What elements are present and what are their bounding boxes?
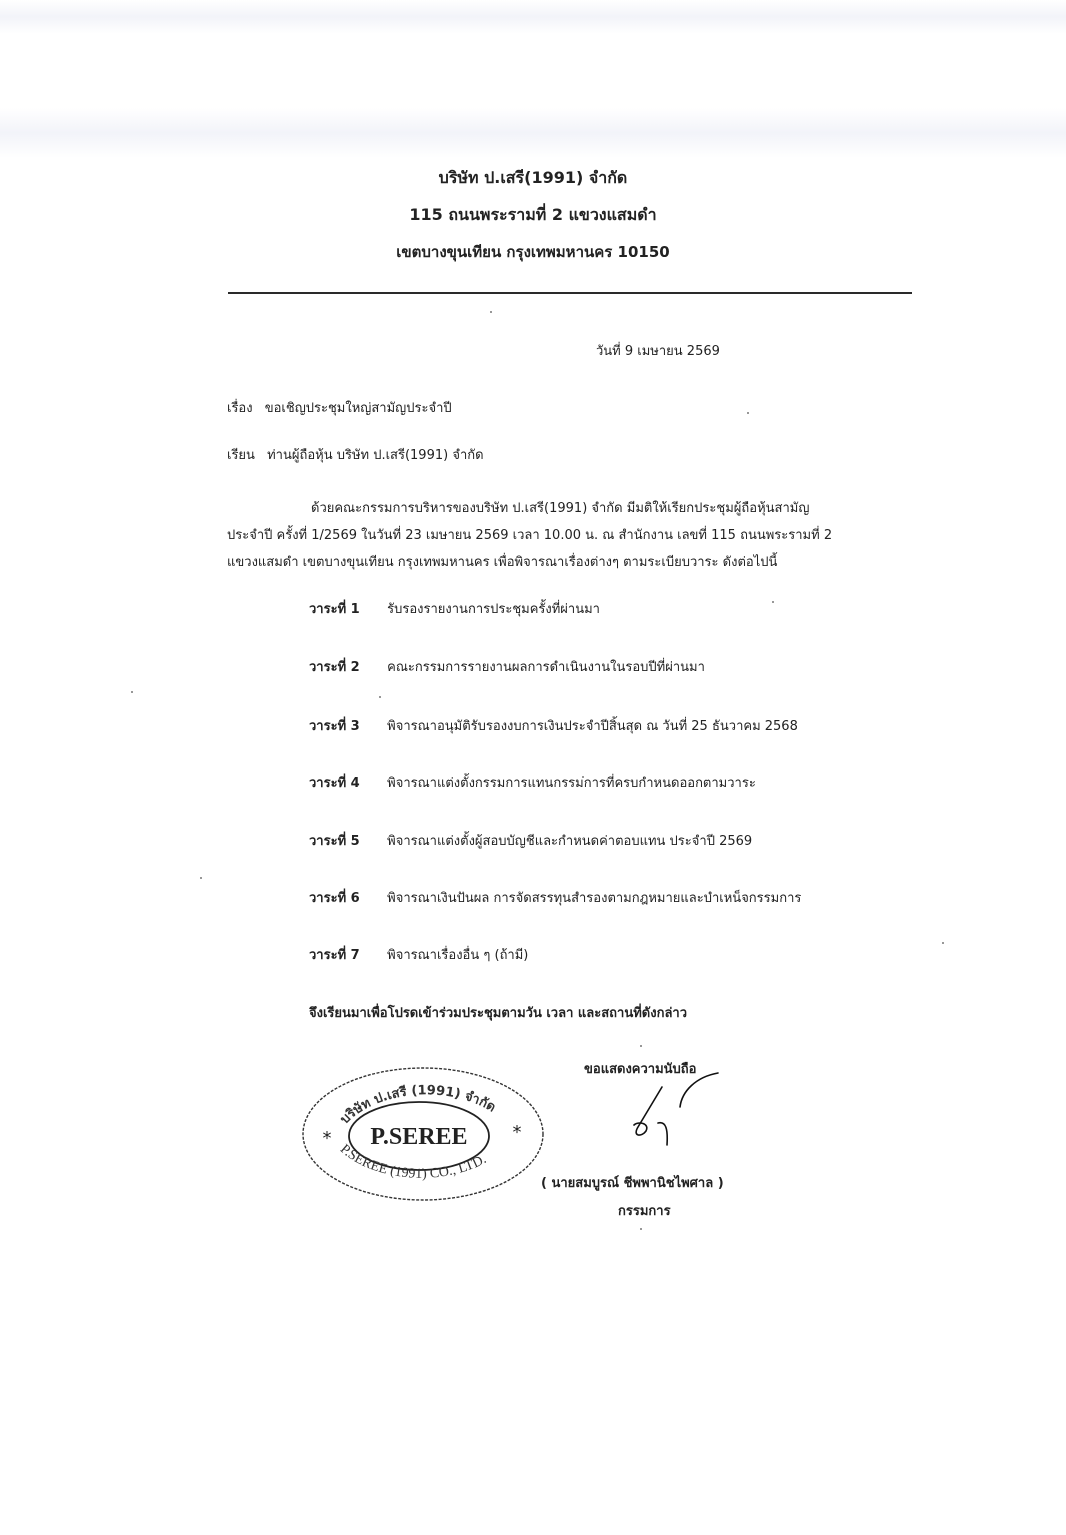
agenda-item: วาระที่ 7 พิจารณาเรื่องอื่น ๆ (ถ้ามี) xyxy=(309,944,528,965)
agenda-text: พิจารณาแต่งตั้งผู้สอบบัญชีและกำหนดค่าตอบ… xyxy=(387,834,752,849)
agenda-item: วาระที่ 5 พิจารณาแต่งตั้งผู้สอบบัญชีและก… xyxy=(309,830,752,851)
agenda-label: วาระที่ 1 xyxy=(309,598,383,619)
scan-speck xyxy=(942,942,944,944)
agenda-text: คณะกรรมการรายงานผลการดำเนินงานในรอบปีที่… xyxy=(387,660,705,675)
signer-title: กรรมการ xyxy=(618,1200,671,1221)
scan-artifact-band xyxy=(0,0,1066,34)
stamp-top-text: บริษัท ป.เสรี (1991) จำกัด xyxy=(338,1083,498,1127)
agenda-text: พิจารณาเรื่องอื่น ๆ (ถ้ามี) xyxy=(387,948,528,963)
agenda-label: วาระที่ 6 xyxy=(309,887,383,908)
subject-label: เรื่อง xyxy=(227,401,253,416)
scan-speck xyxy=(379,696,381,698)
stamp-star-left: * xyxy=(323,1128,332,1149)
subject-line: เรื่อง ขอเชิญประชุมใหญ่สามัญประจำปี xyxy=(227,397,452,418)
scan-speck xyxy=(582,776,584,778)
address-line-2: เขตบางขุนเทียน กรุงเทพมหานคร 10150 xyxy=(0,240,1066,264)
scan-speck xyxy=(640,1045,642,1047)
agenda-item: วาระที่ 2 คณะกรรมการรายงานผลการดำเนินงาน… xyxy=(309,656,705,677)
agenda-text: พิจารณาอนุมัติรับรองงบการเงินประจำปีสิ้น… xyxy=(387,719,798,734)
body-line-1: ด้วยคณะกรรมการบริหารของบริษัท ป.เสรี(199… xyxy=(227,497,917,518)
address-line-1: 115 ถนนพระรามที่ 2 แขวงแสมดำ xyxy=(0,203,1066,228)
letterhead-divider xyxy=(228,292,912,294)
scan-speck xyxy=(747,412,749,414)
agenda-item: วาระที่ 6 พิจารณาเงินปันผล การจัดสรรทุนส… xyxy=(309,887,801,908)
signature-icon xyxy=(620,1065,740,1155)
recipient-label: เรียน xyxy=(227,448,255,463)
agenda-label: วาระที่ 7 xyxy=(309,944,383,965)
recipient-line: เรียน ท่านผู้ถือหุ้น บริษัท ป.เสรี(1991)… xyxy=(227,444,484,465)
body-line-3: แขวงแสมดำ เขตบางขุนเทียน กรุงเทพมหานคร เ… xyxy=(227,551,917,572)
agenda-label: วาระที่ 3 xyxy=(309,715,383,736)
agenda-text: พิจารณาแต่งตั้งกรรมการแทนกรรมการที่ครบกำ… xyxy=(387,776,756,791)
agenda-text: พิจารณาเงินปันผล การจัดสรรทุนสำรองตามกฎห… xyxy=(387,891,801,906)
agenda-label: วาระที่ 2 xyxy=(309,656,383,677)
stamp-star-right: * xyxy=(513,1122,522,1143)
agenda-item: วาระที่ 3 พิจารณาอนุมัติรับรองงบการเงินป… xyxy=(309,715,798,736)
scan-artifact-band xyxy=(0,108,1066,158)
stamp-center-text: P.SEREE xyxy=(370,1124,467,1150)
agenda-text: รับรองรายงานการประชุมครั้งที่ผ่านมา xyxy=(387,602,600,617)
agenda-label: วาระที่ 5 xyxy=(309,830,383,851)
company-name: บริษัท ป.เสรี(1991) จำกัด xyxy=(0,166,1066,191)
recipient-text: ท่านผู้ถือหุ้น บริษัท ป.เสรี(1991) จำกัด xyxy=(267,448,483,463)
scan-speck xyxy=(490,311,492,313)
body-line-2: ประจำปี ครั้งที่ 1/2569 ในวันที่ 23 เมษา… xyxy=(227,524,917,545)
scan-speck xyxy=(131,691,133,693)
company-stamp: บริษัท ป.เสรี (1991) จำกัด P.SEREE * * P… xyxy=(297,1058,549,1208)
agenda-item: วาระที่ 1 รับรองรายงานการประชุมครั้งที่ผ… xyxy=(309,598,600,619)
letter-date: วันที่ 9 เมษายน 2569 xyxy=(596,340,720,361)
agenda-label: วาระที่ 4 xyxy=(309,772,383,793)
closing-sentence: จึงเรียนมาเพื่อโปรดเข้าร่วมประชุมตามวัน … xyxy=(309,1002,687,1023)
scan-speck xyxy=(640,1228,642,1230)
scan-speck xyxy=(772,601,774,603)
signer-name: ( นายสมบูรณ์ ชีพพานิชไพศาล ) xyxy=(541,1172,724,1193)
scan-speck xyxy=(200,877,202,879)
subject-text: ขอเชิญประชุมใหญ่สามัญประจำปี xyxy=(265,401,452,416)
agenda-item: วาระที่ 4 พิจารณาแต่งตั้งกรรมการแทนกรรมก… xyxy=(309,772,756,793)
